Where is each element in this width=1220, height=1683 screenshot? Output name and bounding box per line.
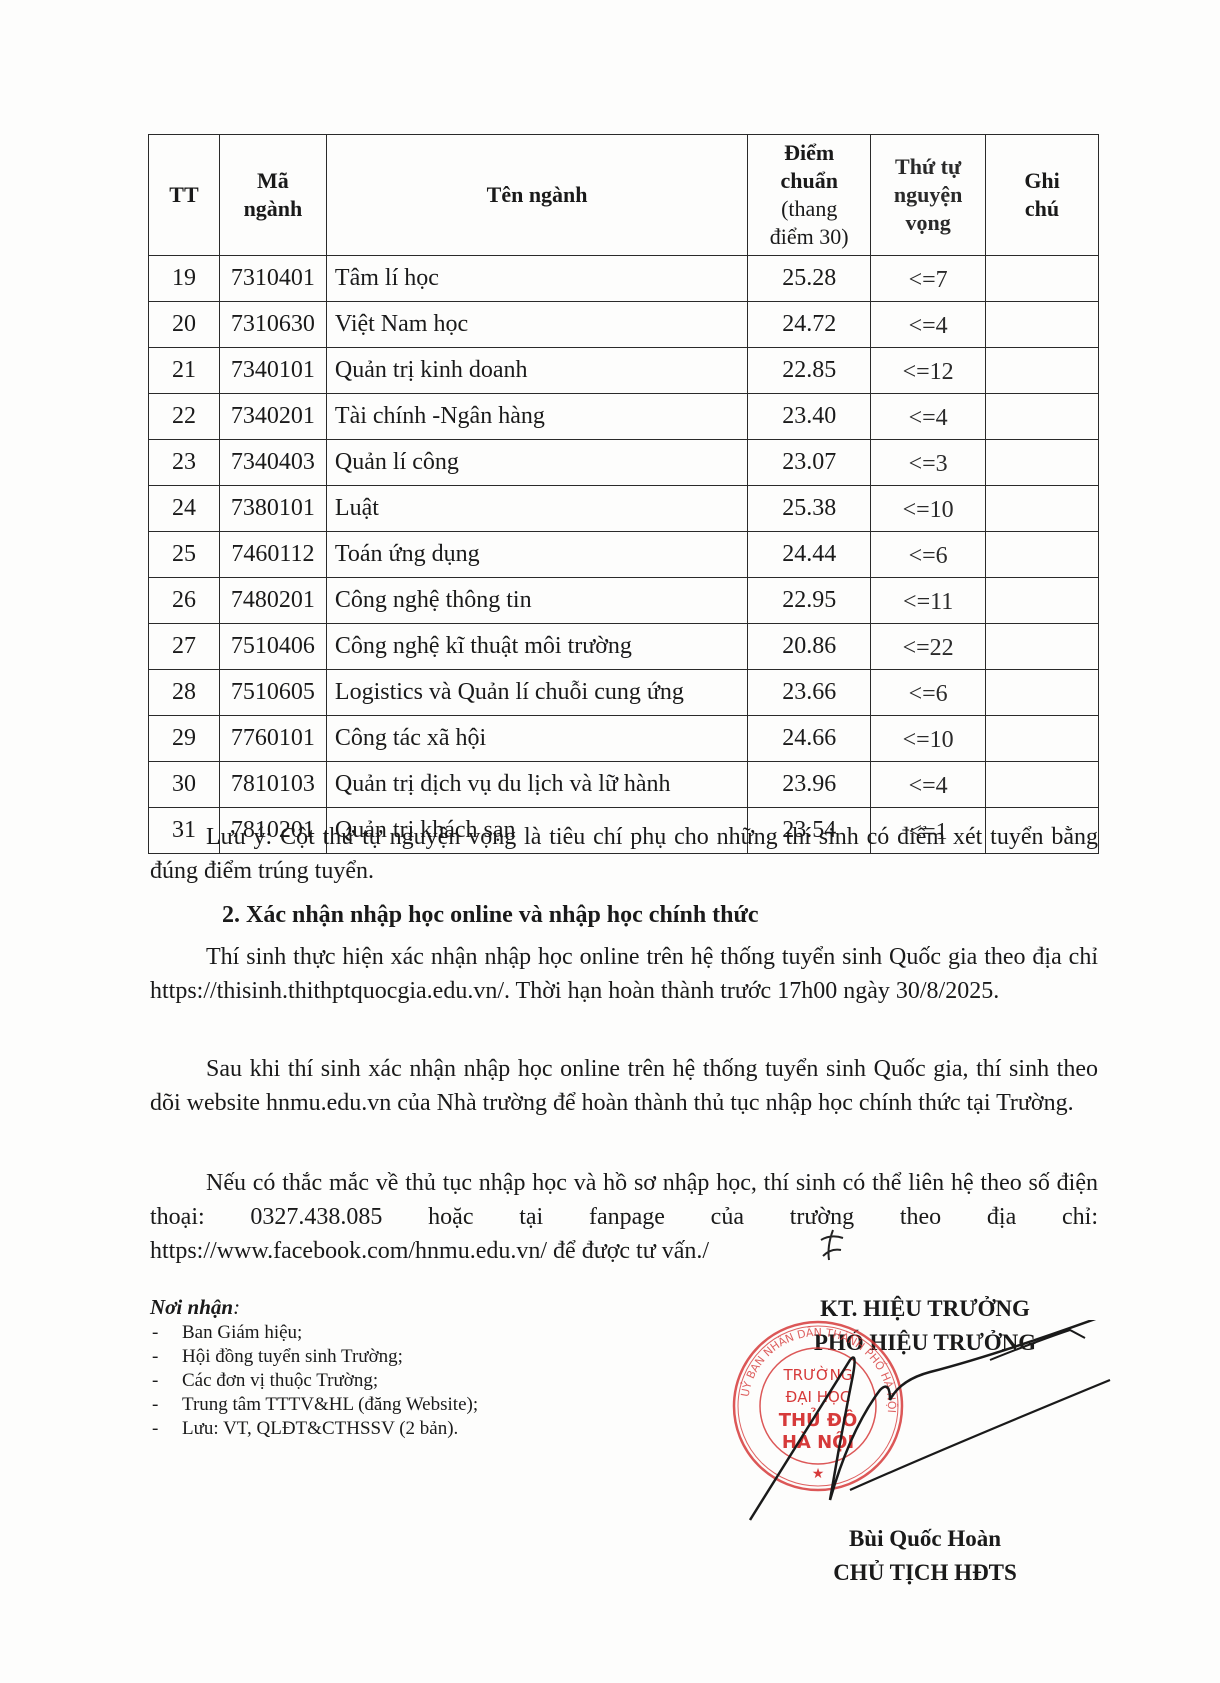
cell-note xyxy=(986,762,1099,808)
cell-note xyxy=(986,578,1099,624)
cell-note xyxy=(986,302,1099,348)
cell-score: 23.40 xyxy=(748,394,871,440)
cell-preference: <=7 xyxy=(871,256,986,302)
cell-score: 22.95 xyxy=(748,578,871,624)
header-score: Điểm chuẩn (thang điểm 30) xyxy=(748,135,871,256)
table-row: 297760101Công tác xã hội24.66<=10 xyxy=(149,716,1099,762)
cell-score: 22.85 xyxy=(748,348,871,394)
cell-note xyxy=(986,348,1099,394)
table-row: 237340403Quản lí công23.07<=3 xyxy=(149,440,1099,486)
cell-score: 23.66 xyxy=(748,670,871,716)
cell-preference: <=10 xyxy=(871,716,986,762)
cell-preference: <=11 xyxy=(871,578,986,624)
cell-preference: <=6 xyxy=(871,670,986,716)
cell-code: 7340201 xyxy=(219,394,326,440)
recipient-text: Ban Giám hiệu; xyxy=(182,1321,302,1345)
cell-tt: 30 xyxy=(149,762,220,808)
cell-code: 7340101 xyxy=(219,348,326,394)
cell-tt: 20 xyxy=(149,302,220,348)
cell-name: Logistics và Quản lí chuỗi cung ứng xyxy=(326,670,747,716)
table-row: 307810103Quản trị dịch vụ du lịch và lữ … xyxy=(149,762,1099,808)
cell-score: 25.38 xyxy=(748,486,871,532)
table-header-row: TT Mã ngành Tên ngành Điểm chuẩn (thang … xyxy=(149,135,1099,256)
cell-score: 24.66 xyxy=(748,716,871,762)
table-row: 257460112Toán ứng dụng24.44<=6 xyxy=(149,532,1099,578)
cell-preference: <=4 xyxy=(871,394,986,440)
signer-name: Bùi Quốc Hoàn xyxy=(760,1522,1090,1556)
cell-code: 7510605 xyxy=(219,670,326,716)
cell-note xyxy=(986,624,1099,670)
cell-preference: <=4 xyxy=(871,302,986,348)
recipient-text: Trung tâm TTTV&HL (đăng Website); xyxy=(182,1393,478,1417)
recipient-text: Các đơn vị thuộc Trường; xyxy=(182,1369,378,1393)
document-page: TT Mã ngành Tên ngành Điểm chuẩn (thang … xyxy=(0,0,1220,1683)
bullet-dash: - xyxy=(150,1321,182,1345)
header-preference: Thứ tự nguyện vọng xyxy=(871,135,986,256)
cell-score: 24.72 xyxy=(748,302,871,348)
cell-note xyxy=(986,394,1099,440)
cell-note xyxy=(986,486,1099,532)
recipient-item: -Hội đồng tuyển sinh Trường; xyxy=(150,1345,478,1369)
recipient-item: -Các đơn vị thuộc Trường; xyxy=(150,1369,478,1393)
cell-name: Tâm lí học xyxy=(326,256,747,302)
table-row: 247380101Luật25.38<=10 xyxy=(149,486,1099,532)
cell-tt: 24 xyxy=(149,486,220,532)
cell-code: 7310401 xyxy=(219,256,326,302)
header-note: Ghi chú xyxy=(986,135,1099,256)
cell-code: 7810103 xyxy=(219,762,326,808)
cell-score: 24.44 xyxy=(748,532,871,578)
recipient-item: -Ban Giám hiệu; xyxy=(150,1321,478,1345)
section-2-paragraph-3: Nếu có thắc mắc về thủ tục nhập học và h… xyxy=(150,1166,1098,1268)
header-code: Mã ngành xyxy=(219,135,326,256)
header-name: Tên ngành xyxy=(326,135,747,256)
cell-name: Quản trị kinh doanh xyxy=(326,348,747,394)
cell-code: 7510406 xyxy=(219,624,326,670)
recipients-block: Nơi nhận: -Ban Giám hiệu;-Hội đồng tuyển… xyxy=(150,1295,478,1441)
table-note: Lưu ý: Cột thứ tự nguyện vọng là tiêu ch… xyxy=(150,820,1098,888)
recipient-item: -Trung tâm TTTV&HL (đăng Website); xyxy=(150,1393,478,1417)
cell-preference: <=6 xyxy=(871,532,986,578)
cell-name: Công tác xã hội xyxy=(326,716,747,762)
cell-name: Quản lí công xyxy=(326,440,747,486)
recipient-item: -Lưu: VT, QLĐT&CTHSSV (2 bản). xyxy=(150,1417,478,1441)
cell-score: 25.28 xyxy=(748,256,871,302)
bullet-dash: - xyxy=(150,1417,182,1441)
table-row: 207310630Việt Nam học24.72<=4 xyxy=(149,302,1099,348)
cell-note xyxy=(986,716,1099,762)
cell-score: 23.96 xyxy=(748,762,871,808)
cell-name: Toán ứng dụng xyxy=(326,532,747,578)
bullet-dash: - xyxy=(150,1369,182,1393)
cell-code: 7380101 xyxy=(219,486,326,532)
signer-block: Bùi Quốc Hoàn CHỦ TỊCH HĐTS xyxy=(760,1522,1090,1590)
cell-name: Việt Nam học xyxy=(326,302,747,348)
cell-code: 7310630 xyxy=(219,302,326,348)
recipients-list: -Ban Giám hiệu;-Hội đồng tuyển sinh Trườ… xyxy=(150,1321,478,1441)
recipient-text: Hội đồng tuyển sinh Trường; xyxy=(182,1345,403,1369)
table-row: 287510605Logistics và Quản lí chuỗi cung… xyxy=(149,670,1099,716)
table-row: 217340101Quản trị kinh doanh22.85<=12 xyxy=(149,348,1099,394)
cell-tt: 26 xyxy=(149,578,220,624)
table-row: 277510406Công nghệ kĩ thuật môi trường20… xyxy=(149,624,1099,670)
section-2-paragraph-2: Sau khi thí sinh xác nhận nhập học onlin… xyxy=(150,1052,1098,1120)
cell-code: 7460112 xyxy=(219,532,326,578)
cell-score: 20.86 xyxy=(748,624,871,670)
cell-tt: 25 xyxy=(149,532,220,578)
table-row: 227340201Tài chính -Ngân hàng23.40<=4 xyxy=(149,394,1099,440)
header-tt: TT xyxy=(149,135,220,256)
cell-code: 7480201 xyxy=(219,578,326,624)
signer-title: CHỦ TỊCH HĐTS xyxy=(760,1556,1090,1590)
cell-tt: 23 xyxy=(149,440,220,486)
cell-tt: 27 xyxy=(149,624,220,670)
cell-note xyxy=(986,440,1099,486)
table-row: 197310401Tâm lí học25.28<=7 xyxy=(149,256,1099,302)
cell-note xyxy=(986,532,1099,578)
cell-code: 7760101 xyxy=(219,716,326,762)
table-row: 267480201Công nghệ thông tin22.95<=11 xyxy=(149,578,1099,624)
cell-tt: 21 xyxy=(149,348,220,394)
bullet-dash: - xyxy=(150,1345,182,1369)
cell-preference: <=10 xyxy=(871,486,986,532)
cell-name: Tài chính -Ngân hàng xyxy=(326,394,747,440)
recipient-text: Lưu: VT, QLĐT&CTHSSV (2 bản). xyxy=(182,1417,458,1441)
cell-note xyxy=(986,256,1099,302)
cell-code: 7340403 xyxy=(219,440,326,486)
cell-tt: 19 xyxy=(149,256,220,302)
cell-preference: <=3 xyxy=(871,440,986,486)
cell-tt: 28 xyxy=(149,670,220,716)
initial-mark-icon xyxy=(817,1228,847,1262)
cell-score: 23.07 xyxy=(748,440,871,486)
cell-name: Luật xyxy=(326,486,747,532)
cell-preference: <=4 xyxy=(871,762,986,808)
cell-preference: <=12 xyxy=(871,348,986,394)
table-body: 197310401Tâm lí học25.28<=7207310630Việt… xyxy=(149,256,1099,854)
handwritten-signature-icon xyxy=(740,1320,1120,1540)
cell-note xyxy=(986,670,1099,716)
cell-tt: 22 xyxy=(149,394,220,440)
section-2-title: 2. Xác nhận nhập học online và nhập học … xyxy=(222,898,1170,932)
cell-preference: <=22 xyxy=(871,624,986,670)
cell-name: Công nghệ kĩ thuật môi trường xyxy=(326,624,747,670)
bullet-dash: - xyxy=(150,1393,182,1417)
section-2-paragraph-1: Thí sinh thực hiện xác nhận nhập học onl… xyxy=(150,940,1098,1008)
cell-name: Công nghệ thông tin xyxy=(326,578,747,624)
recipients-title: Nơi nhận: xyxy=(150,1295,478,1319)
cell-name: Quản trị dịch vụ du lịch và lữ hành xyxy=(326,762,747,808)
admission-score-table: TT Mã ngành Tên ngành Điểm chuẩn (thang … xyxy=(148,134,1099,854)
cell-tt: 29 xyxy=(149,716,220,762)
